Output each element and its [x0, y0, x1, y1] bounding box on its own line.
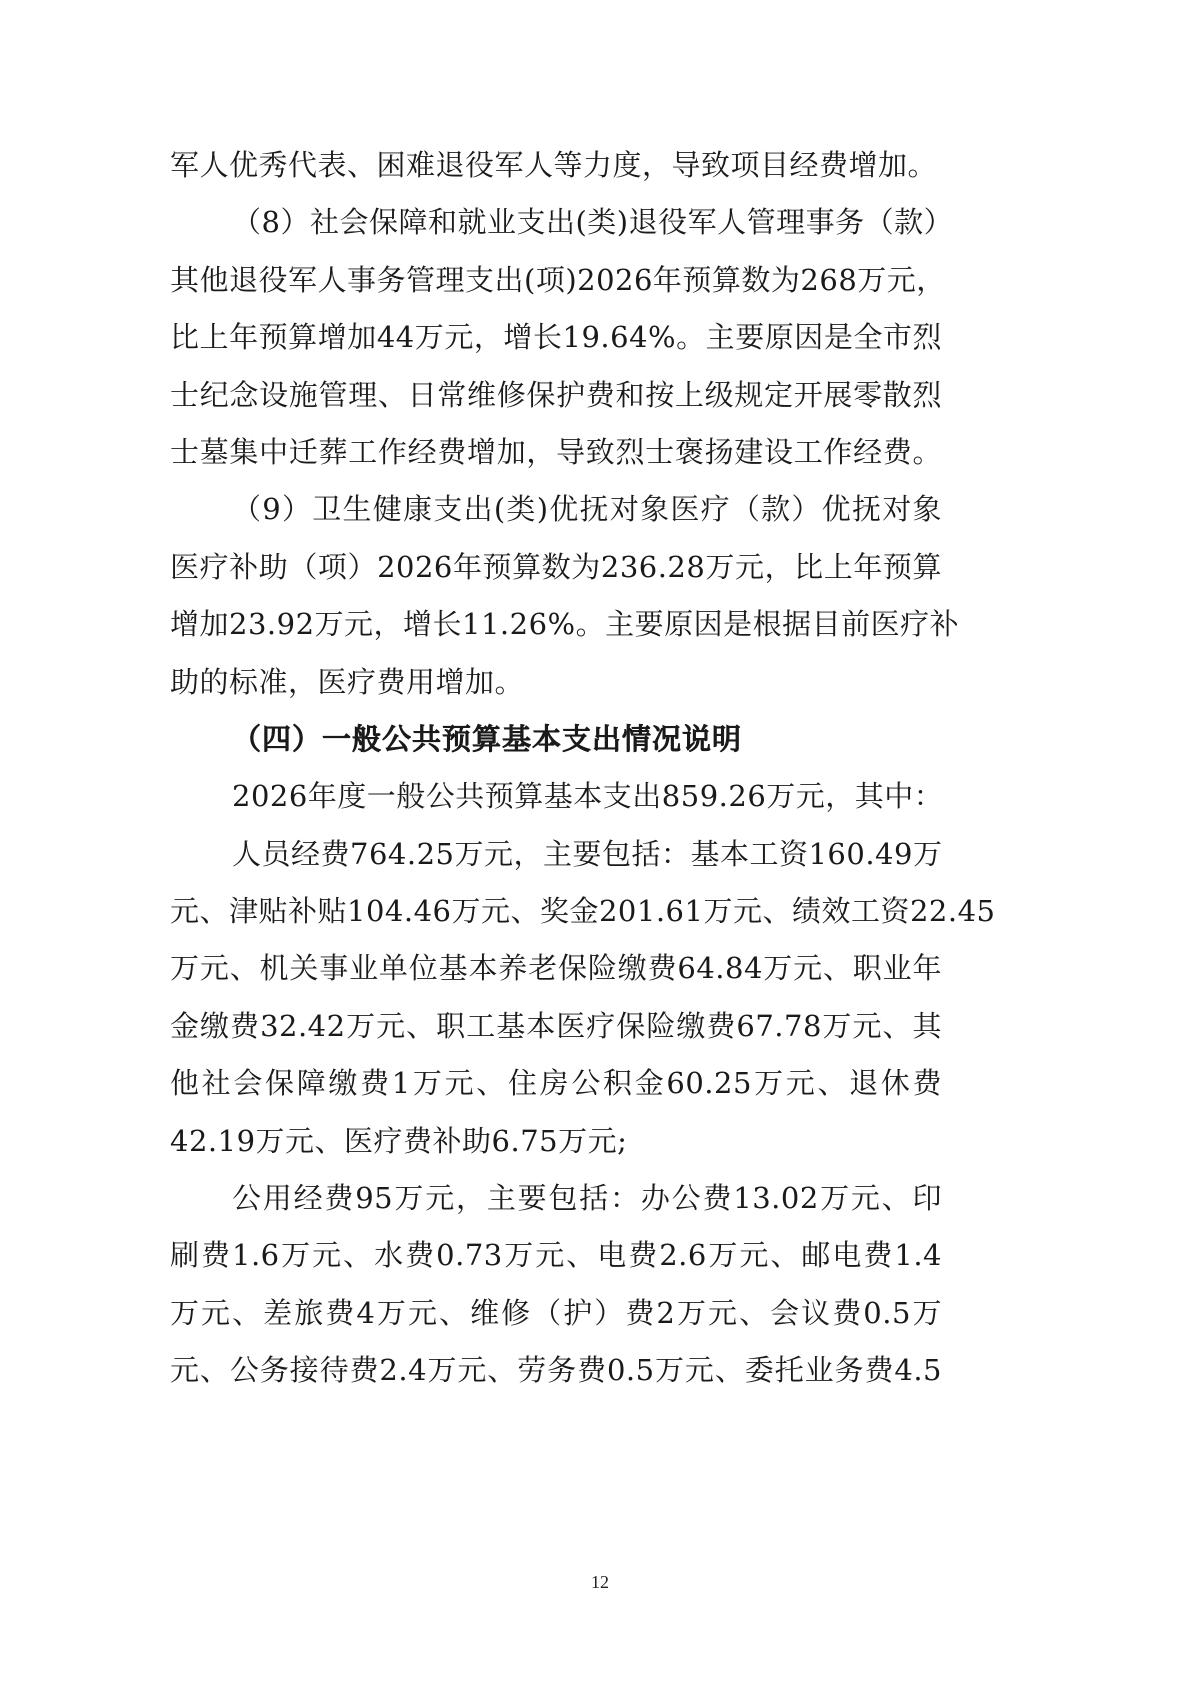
- paragraph-line: 万元、差旅费4万元、维修（护）费2万元、会议费0.5万: [170, 1285, 942, 1342]
- paragraph-line: 军人优秀代表、困难退役军人等力度，导致项目经费增加。: [170, 137, 942, 194]
- paragraph-line: 金缴费32.42万元、职工基本医疗保险缴费67.78万元、其: [170, 998, 942, 1055]
- paragraph-line: 刷费1.6万元、水费0.73万元、电费2.6万元、邮电费1.4: [170, 1227, 942, 1284]
- paragraph-line: 其他退役军人事务管理支出(项)2026年预算数为268万元，: [170, 252, 942, 309]
- section-heading: （四）一般公共预算基本支出情况说明: [170, 711, 942, 768]
- document-body: 军人优秀代表、困难退役军人等力度，导致项目经费增加。 （8）社会保障和就业支出(…: [170, 137, 942, 1400]
- paragraph-line: 元、津贴补贴104.46万元、奖金201.61万元、绩效工资22.45: [170, 883, 942, 940]
- paragraph-line: 他社会保障缴费1万元、住房公积金60.25万元、退休费: [170, 1055, 942, 1112]
- paragraph-line: 助的标准，医疗费用增加。: [170, 654, 942, 711]
- paragraph-line: （9）卫生健康支出(类)优抚对象医疗（款）优抚对象: [170, 481, 942, 538]
- paragraph-line: 增加23.92万元，增长11.26%。主要原因是根据目前医疗补: [170, 596, 942, 653]
- paragraph-line: 士纪念设施管理、日常维修保护费和按上级规定开展零散烈: [170, 367, 942, 424]
- paragraph-line: 医疗补助（项）2026年预算数为236.28万元，比上年预算: [170, 539, 942, 596]
- paragraph-line: 比上年预算增加44万元，增长19.64%。主要原因是全市烈: [170, 309, 942, 366]
- paragraph-line: （8）社会保障和就业支出(类)退役军人管理事务（款）: [170, 194, 942, 251]
- paragraph-line: 人员经费764.25万元，主要包括：基本工资160.49万: [170, 826, 942, 883]
- paragraph-line: 元、公务接待费2.4万元、劳务费0.5万元、委托业务费4.5: [170, 1342, 942, 1399]
- paragraph-line: 42.19万元、医疗费补助6.75万元;: [170, 1113, 942, 1170]
- paragraph-line: 公用经费95万元，主要包括：办公费13.02万元、印: [170, 1170, 942, 1227]
- paragraph-line: 士墓集中迁葬工作经费增加，导致烈士褒扬建设工作经费。: [170, 424, 942, 481]
- document-page: 军人优秀代表、困难退役军人等力度，导致项目经费增加。 （8）社会保障和就业支出(…: [0, 0, 1200, 1697]
- paragraph-line: 万元、机关事业单位基本养老保险缴费64.84万元、职业年: [170, 940, 942, 997]
- page-number: 12: [0, 1572, 1200, 1593]
- paragraph-line: 2026年度一般公共预算基本支出859.26万元，其中：: [170, 768, 942, 825]
